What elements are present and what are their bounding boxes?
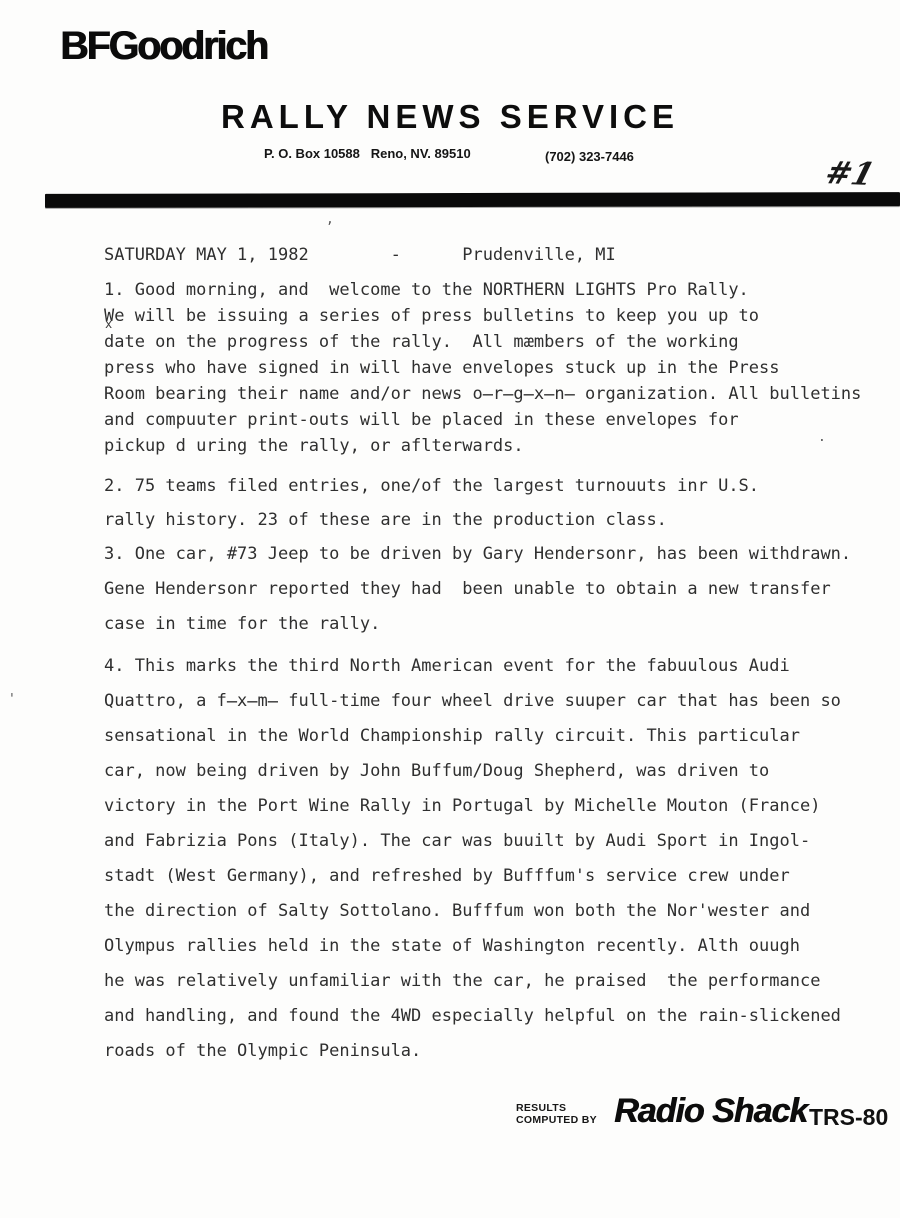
text-line: case in time for the rally.: [104, 607, 894, 642]
letterhead-title: RALLY NEWS SERVICE: [0, 98, 900, 136]
text-line: victory in the Port Wine Rally in Portug…: [104, 789, 894, 824]
text-line: Olympus rallies held in the state of Was…: [104, 929, 894, 964]
paragraph-2: 2. 75 teams filed entries, one/of the la…: [104, 469, 894, 537]
text-line: Quattro, a f̶x̶m̶ full-time four wheel d…: [104, 684, 894, 719]
trs-80-label: TRS-80: [809, 1104, 888, 1131]
typo-correction-mark: x: [105, 317, 112, 331]
text-line: roads of the Olympic Peninsula.: [104, 1034, 894, 1069]
text-line: 2. 75 teams filed entries, one/of the la…: [104, 469, 894, 503]
stray-mark: ': [8, 692, 16, 707]
text-line: Gene Hendersonr reported they had been u…: [104, 572, 894, 607]
divider-bar: [45, 192, 900, 208]
results-credit: RESULTS COMPUTED BY: [516, 1102, 597, 1126]
paragraph-3: 3. One car, #73 Jeep to be driven by Gar…: [104, 537, 894, 642]
text-line: press who have signed in will have envel…: [104, 355, 894, 381]
text-line: and compuuter print-outs will be placed …: [104, 407, 894, 433]
text-line: the direction of Salty Sottolano. Bufffu…: [104, 894, 894, 929]
text-line: date on the progress of the rally. All m…: [104, 329, 894, 355]
typewritten-body: SATURDAY MAY 1, 1982 - Prudenville, MI 1…: [104, 242, 894, 1069]
scanned-press-bulletin-page: BFGoodrich RALLY NEWS SERVICE P. O. Box …: [0, 0, 900, 1218]
text-line: We will be issuing a series of press bul…: [104, 303, 894, 329]
letterhead-phone: (702) 323-7446: [545, 149, 634, 164]
text-line: and handling, and found the 4WD especial…: [104, 999, 894, 1034]
text-line: stadt (West Germany), and refreshed by B…: [104, 859, 894, 894]
stray-mark: ,: [326, 212, 334, 227]
paragraph-1: 1. Good morning, and welcome to the NORT…: [104, 277, 894, 459]
bfgoodrich-logo: BFGoodrich: [60, 24, 267, 69]
paragraph-4: 4. This marks the third North American e…: [104, 649, 894, 1069]
letterhead-address: P. O. Box 10588 Reno, NV. 89510: [264, 146, 471, 161]
text-line: pickup d uring the rally, or aflterwards…: [104, 433, 894, 459]
text-line: he was relatively unfamiliar with the ca…: [104, 964, 894, 999]
text-line: 3. One car, #73 Jeep to be driven by Gar…: [104, 537, 894, 572]
radio-shack-logo: Radio Shack: [614, 1092, 807, 1131]
stray-mark: .: [818, 430, 826, 445]
text-line: 1. Good morning, and welcome to the NORT…: [104, 277, 894, 303]
text-line: rally history. 23 of these are in the pr…: [104, 503, 894, 537]
dateline: SATURDAY MAY 1, 1982 - Prudenville, MI: [104, 242, 894, 268]
results-credit-line1: RESULTS: [516, 1102, 597, 1114]
text-line: Room bearing their name and/or news o̶r̶…: [104, 381, 894, 407]
results-credit-line2: COMPUTED BY: [516, 1114, 597, 1126]
handwritten-issue-number: #1: [821, 155, 878, 193]
text-line: car, now being driven by John Buffum/Dou…: [104, 754, 894, 789]
text-line: 4. This marks the third North American e…: [104, 649, 894, 684]
text-line: and Fabrizia Pons (Italy). The car was b…: [104, 824, 894, 859]
text-line: sensational in the World Championship ra…: [104, 719, 894, 754]
